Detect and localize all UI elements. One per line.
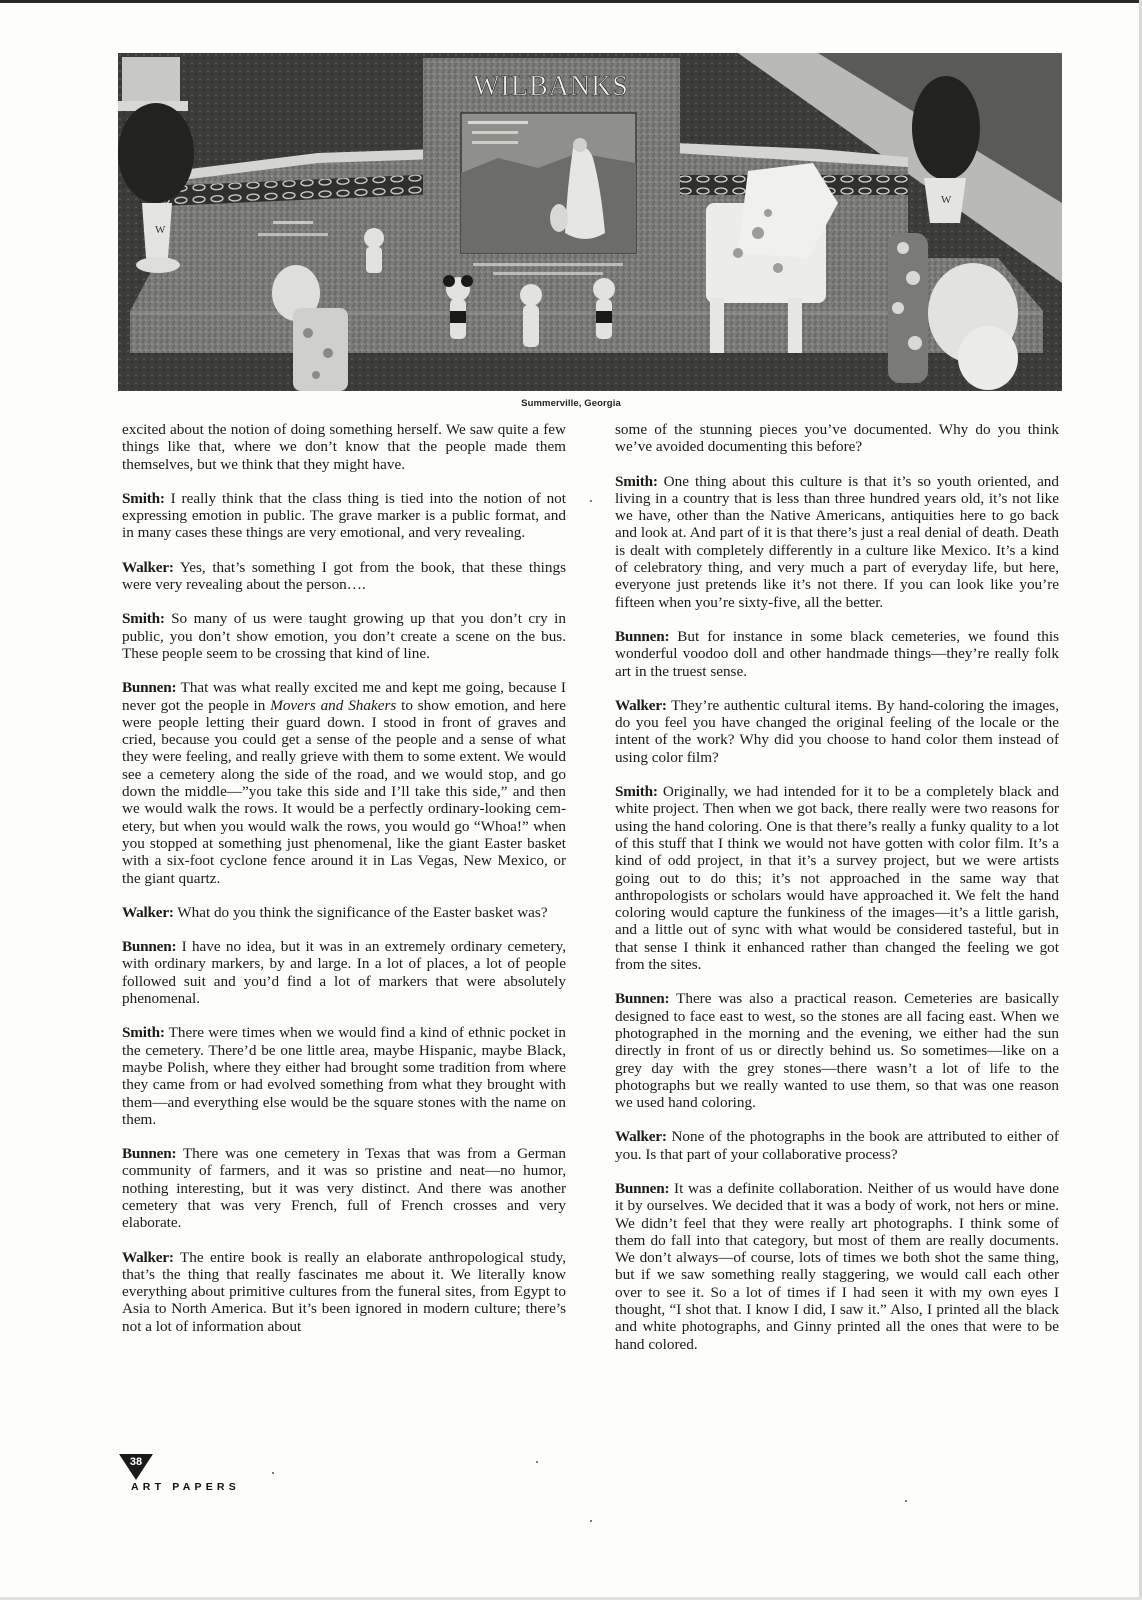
paragraph: excited about the notion of doing someth… (122, 421, 566, 473)
paragraph: Bunnen: I have no idea, but it was in an… (122, 938, 566, 1007)
paragraph-text: It was a definite collaboration. Neither… (615, 1180, 1059, 1353)
paragraph: Bunnen: There was also a practical reaso… (615, 990, 1059, 1111)
top-rule (0, 0, 1142, 3)
paragraph: Walker: None of the photographs in the b… (615, 1128, 1059, 1163)
paragraph: Smith: Originally, we had intended for i… (615, 783, 1059, 973)
paragraph: Bunnen: That was what really excited me … (122, 679, 566, 887)
speaker-label: Walker: (122, 1249, 174, 1266)
cemetery-photograph: WILBANKS W W (118, 53, 1062, 391)
paragraph: Bunnen: It was a definite collaboration.… (615, 1180, 1059, 1353)
svg-text:W: W (155, 224, 166, 236)
paragraph-text: I really think that the class thing is t… (122, 490, 566, 542)
paragraph-text: There was also a practical reason. Cemet… (615, 990, 1059, 1111)
paragraph-text: to show emotion, and here were people le… (122, 697, 566, 887)
paragraph-text: The entire book is really an elaborate a… (122, 1249, 566, 1335)
paragraph-text: Originally, we had intended for it to be… (615, 783, 1059, 973)
paragraph-text: None of the photographs in the book are … (615, 1128, 1059, 1162)
photo-caption: Summerville, Georgia (0, 398, 1142, 409)
article-column-right: some of the stunning pieces you’ve docum… (615, 421, 1059, 1370)
paragraph-text: They’re authentic cultural items. By han… (615, 697, 1059, 766)
paragraph: Walker: They’re authentic cultural items… (615, 697, 1059, 766)
speaker-label: Smith: (615, 473, 658, 490)
speaker-label: Bunnen: (615, 1180, 669, 1197)
paragraph: Smith: One thing about this culture is t… (615, 473, 1059, 611)
book-title: Movers and Shakers (270, 697, 396, 714)
paragraph: Smith: I really think that the class thi… (122, 490, 566, 542)
speaker-label: Bunnen: (122, 679, 176, 696)
page-number-badge: 38 (119, 1454, 159, 1482)
headstone-name: WILBANKS (473, 71, 629, 102)
speaker-label: Walker: (615, 1128, 667, 1145)
paragraph-text: I have no idea, but it was in an extreme… (122, 938, 566, 1007)
paragraph-text: But for instance in some black cemeterie… (615, 628, 1059, 680)
speaker-label: Smith: (122, 490, 165, 507)
speaker-label: Bunnen: (615, 990, 669, 1007)
scan-speck (590, 500, 592, 502)
speaker-label: Walker: (122, 904, 174, 921)
speaker-label: Walker: (122, 559, 174, 576)
speaker-label: Bunnen: (615, 628, 669, 645)
paragraph-text: What do you think the significance of th… (174, 904, 548, 921)
paragraph-text: So many of us were taught growing up tha… (122, 610, 566, 662)
scan-speck (536, 1461, 538, 1463)
speaker-label: Bunnen: (122, 938, 176, 955)
paragraph-text: There were times when we would find a ki… (122, 1024, 566, 1127)
scan-speck (590, 1520, 592, 1522)
article-column-left: excited about the notion of doing someth… (122, 421, 566, 1352)
paragraph: Bunnen: There was one cemetery in Texas … (122, 1145, 566, 1231)
speaker-label: Smith: (122, 610, 165, 627)
paragraph: some of the stunning pieces you’ve docum… (615, 421, 1059, 456)
paragraph: Smith: So many of us were taught growing… (122, 610, 566, 662)
paragraph-text: There was one cemetery in Texas that was… (122, 1145, 566, 1231)
scan-speck (272, 1472, 274, 1474)
paragraph: Walker: What do you think the significan… (122, 904, 566, 921)
speaker-label: Walker: (615, 697, 667, 714)
svg-text:W: W (941, 194, 952, 206)
page-number: 38 (119, 1456, 153, 1468)
paragraph: Bunnen: But for instance in some black c… (615, 628, 1059, 680)
paragraph: Walker: Yes, that’s something I got from… (122, 559, 566, 594)
paragraph-text: some of the stunning pieces you’ve docum… (615, 421, 1059, 455)
speaker-label: Smith: (122, 1024, 165, 1041)
scan-speck (905, 1500, 907, 1502)
paragraph: Smith: There were times when we would fi… (122, 1024, 566, 1128)
paragraph-text: Yes, that’s something I got from the boo… (122, 559, 566, 593)
publication-name: ART PAPERS (131, 1481, 240, 1493)
paragraph: Walker: The entire book is really an ela… (122, 1249, 566, 1335)
paragraph-text: excited about the notion of doing someth… (122, 421, 566, 473)
speaker-label: Smith: (615, 783, 658, 800)
speaker-label: Bunnen: (122, 1145, 176, 1162)
paragraph-text: One thing about this culture is that it’… (615, 473, 1059, 611)
